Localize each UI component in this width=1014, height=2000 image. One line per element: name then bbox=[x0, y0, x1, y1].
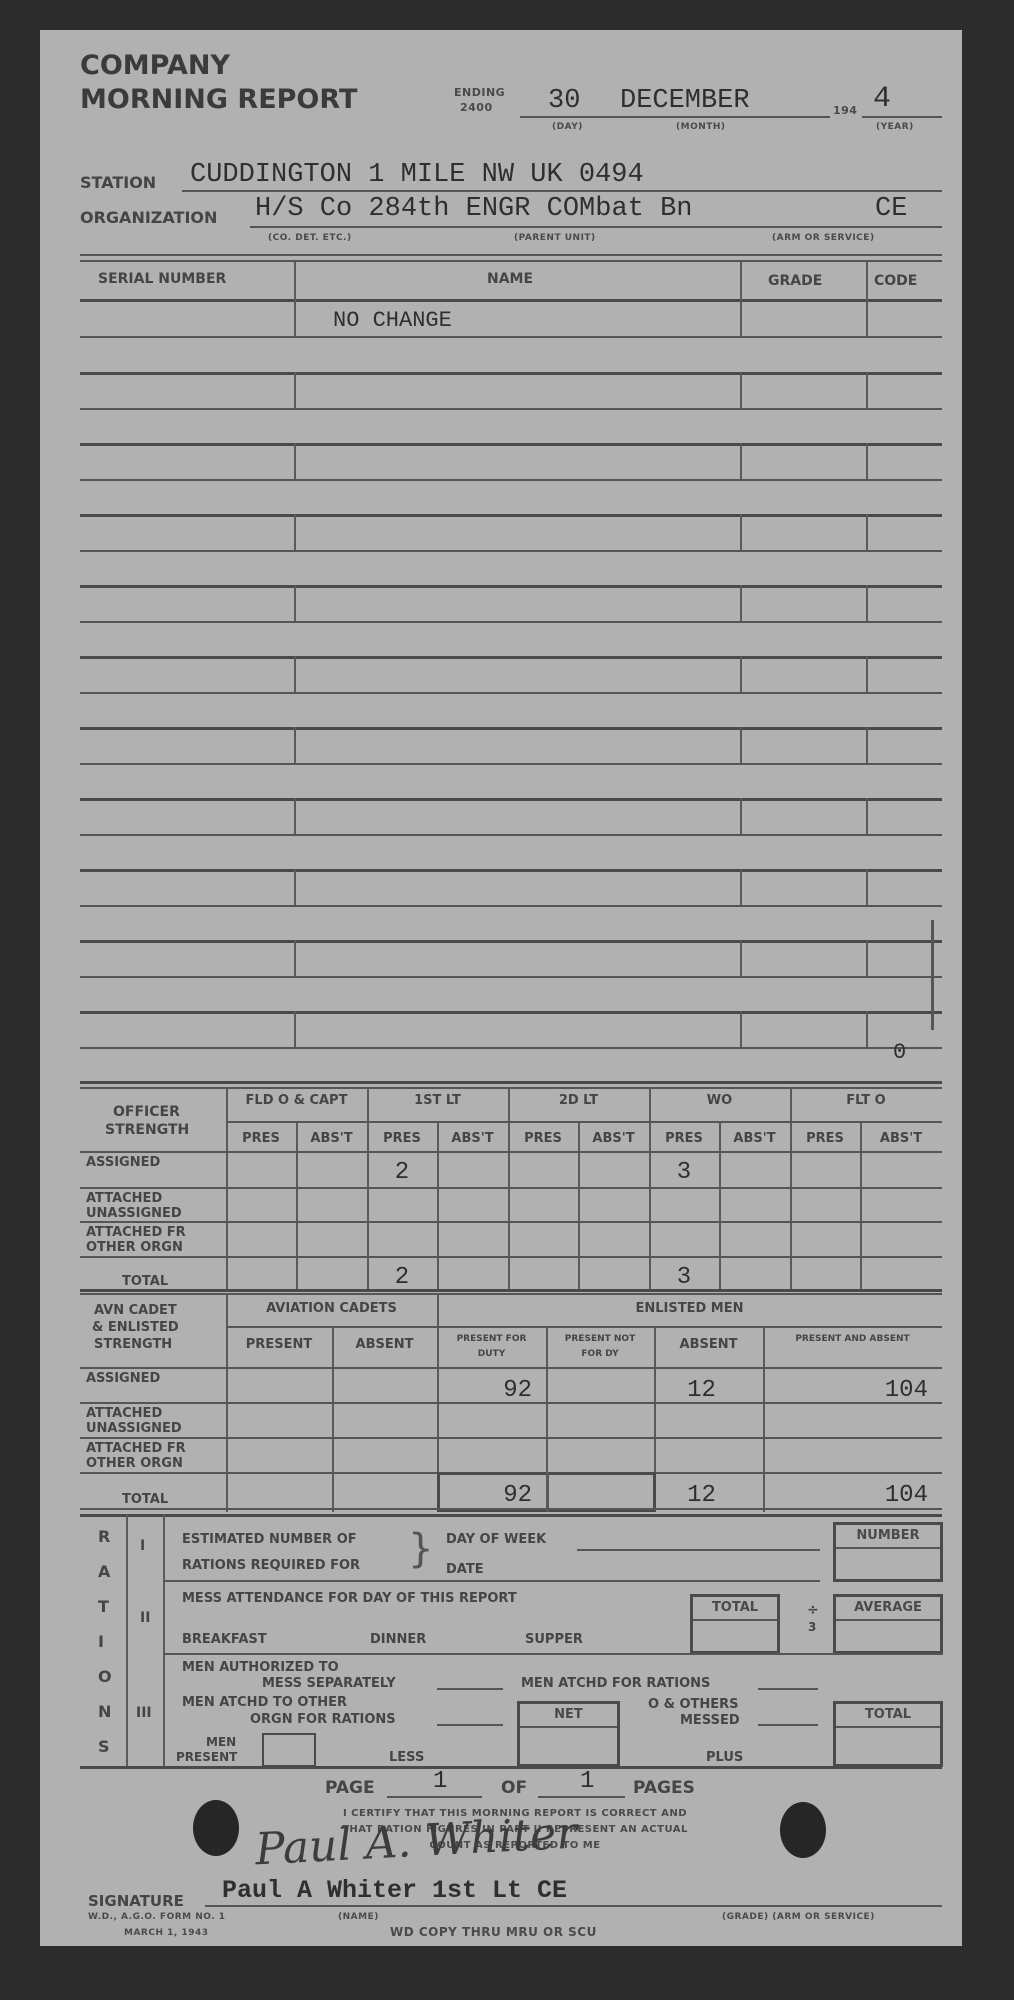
organization-underline bbox=[250, 226, 942, 228]
officer-cell[interactable] bbox=[578, 1195, 649, 1223]
rations-letter: R bbox=[98, 1527, 110, 1546]
roster-row-thin-rule bbox=[80, 550, 942, 552]
officer-cell[interactable] bbox=[860, 1229, 942, 1257]
punch-hole-right bbox=[780, 1802, 826, 1858]
section-ii-bottom bbox=[163, 1653, 943, 1655]
men-atchd-rations-label: MEN ATCHD FOR RATIONS bbox=[521, 1676, 710, 1691]
officer-bottom-rule bbox=[80, 1289, 942, 1292]
number-box-label: NUMBER bbox=[836, 1525, 940, 1549]
roster-col-divider bbox=[294, 262, 296, 300]
roster-row[interactable] bbox=[80, 443, 942, 479]
roster-row-thin-rule bbox=[80, 834, 942, 836]
officer-cell[interactable]: 2 bbox=[367, 1264, 437, 1292]
roster-row[interactable] bbox=[80, 1011, 942, 1047]
men-present-box[interactable] bbox=[262, 1733, 316, 1767]
enlisted-row-label: ATTACHED FR bbox=[86, 1441, 186, 1456]
rations-letter: T bbox=[98, 1597, 109, 1616]
enlisted-col-0: PRESENT FOR DUTY bbox=[447, 1332, 536, 1362]
col-serial-number: SERIAL NUMBER bbox=[98, 271, 226, 287]
number-box[interactable]: NUMBER bbox=[833, 1522, 943, 1582]
copy-note: WD COPY THRU MRU OR SCU bbox=[390, 1925, 597, 1939]
section-i-bottom bbox=[163, 1580, 820, 1582]
officer-row-label: TOTAL bbox=[122, 1274, 168, 1289]
report-day: 30 bbox=[548, 86, 580, 116]
station-label: STATION bbox=[80, 173, 156, 192]
roster-row[interactable] bbox=[80, 372, 942, 408]
officer-row-rule bbox=[80, 1256, 942, 1258]
men-present-label-1: MEN bbox=[206, 1735, 236, 1749]
aviation-cadets-group: AVIATION CADETS bbox=[226, 1301, 437, 1316]
officer-cell[interactable] bbox=[296, 1195, 367, 1223]
enlisted-cell[interactable] bbox=[332, 1447, 423, 1475]
enlisted-col-3: PRESENT AND ABSENT bbox=[773, 1332, 932, 1347]
enlisted-title-3: STRENGTH bbox=[94, 1337, 172, 1352]
officer-cell[interactable] bbox=[860, 1264, 942, 1292]
roster-top-rule bbox=[80, 254, 942, 256]
roster-row-thin-rule bbox=[80, 763, 942, 765]
enlisted-top-rule bbox=[80, 1293, 942, 1295]
officer-group-0: FLD O & CAPT bbox=[226, 1093, 367, 1108]
officer-sub-abst: ABS'T bbox=[719, 1131, 790, 1146]
officer-cell[interactable] bbox=[860, 1195, 942, 1223]
officer-cell[interactable] bbox=[226, 1195, 296, 1223]
enlisted-cell[interactable] bbox=[546, 1377, 640, 1405]
roster-row[interactable] bbox=[80, 940, 942, 976]
name-caption: (NAME) bbox=[338, 1912, 379, 1922]
report-month: DECEMBER bbox=[620, 86, 750, 116]
officer-row-rule bbox=[80, 1151, 942, 1153]
month-caption: (MONTH) bbox=[676, 122, 726, 132]
date-underline bbox=[520, 116, 830, 118]
officer-top-rule-2 bbox=[80, 1087, 942, 1089]
page-total: 1 bbox=[580, 1768, 594, 1795]
pages-label: PAGES bbox=[633, 1778, 695, 1798]
enlisted-row-rule bbox=[80, 1437, 942, 1439]
mess-total-box[interactable]: TOTAL bbox=[690, 1594, 780, 1654]
enlisted-bottom-rule bbox=[80, 1508, 942, 1510]
officer-group-4: FLT O bbox=[790, 1093, 942, 1108]
enlisted-cell[interactable] bbox=[332, 1482, 423, 1510]
enlisted-cell[interactable] bbox=[332, 1412, 423, 1440]
roster-row[interactable] bbox=[80, 798, 942, 834]
men-present-label-2: PRESENT bbox=[176, 1750, 237, 1764]
section-ii-number: II bbox=[140, 1610, 150, 1626]
year-caption: (YEAR) bbox=[876, 122, 914, 132]
page-number-underline bbox=[387, 1796, 482, 1798]
ending-time: 2400 bbox=[460, 101, 493, 114]
officer-cell[interactable]: 2 bbox=[367, 1159, 437, 1187]
o-others-label-2: MESSED bbox=[680, 1713, 740, 1728]
enlisted-cell[interactable] bbox=[763, 1412, 928, 1440]
rations-letter: O bbox=[98, 1667, 112, 1686]
roster-row[interactable] bbox=[80, 514, 942, 550]
men-atchd-other-label-1: MEN ATCHD TO OTHER bbox=[182, 1695, 347, 1710]
officer-cell[interactable] bbox=[790, 1159, 860, 1187]
officer-cell[interactable] bbox=[508, 1159, 578, 1187]
officer-cell[interactable] bbox=[367, 1229, 437, 1257]
officer-cell[interactable] bbox=[790, 1195, 860, 1223]
officer-sub-abst: ABS'T bbox=[578, 1131, 649, 1146]
enlisted-cell[interactable]: 104 bbox=[763, 1482, 928, 1510]
enlisted-col-2: ABSENT bbox=[664, 1337, 753, 1353]
col-name: NAME bbox=[487, 271, 533, 287]
signature-label: SIGNATURE bbox=[88, 1892, 184, 1910]
co-caption: (CO. DET. ETC.) bbox=[268, 233, 352, 243]
day-of-week-label: DAY OF WEEK bbox=[446, 1532, 546, 1547]
officer-cell[interactable] bbox=[790, 1229, 860, 1257]
officer-cell[interactable] bbox=[719, 1229, 790, 1257]
enlisted-cell[interactable] bbox=[332, 1377, 423, 1405]
cadet-col-1: ABSENT bbox=[332, 1337, 437, 1352]
mess-separately-field[interactable] bbox=[437, 1688, 503, 1690]
officer-cell[interactable] bbox=[226, 1264, 296, 1292]
officer-sub-abst: ABS'T bbox=[437, 1131, 508, 1146]
margin-pencil-mark bbox=[931, 920, 934, 1030]
page-number: 1 bbox=[433, 1768, 447, 1795]
o-others-field[interactable] bbox=[758, 1724, 818, 1726]
officer-group-1: 1ST LT bbox=[367, 1093, 508, 1108]
ending-label: ENDING bbox=[454, 86, 505, 99]
roster-row-thin-rule bbox=[80, 479, 942, 481]
enlisted-row-label: ASSIGNED bbox=[86, 1371, 160, 1386]
section-i-number: I bbox=[140, 1538, 145, 1554]
enlisted-group-rule bbox=[226, 1326, 942, 1328]
arm-value: CE bbox=[875, 194, 907, 224]
section-iii-number: III bbox=[136, 1705, 152, 1721]
officer-sub-abst: ABS'T bbox=[296, 1131, 367, 1146]
officer-sub-pres: PRES bbox=[367, 1131, 437, 1146]
officer-cell[interactable] bbox=[296, 1264, 367, 1292]
total-present-divider bbox=[546, 1472, 549, 1512]
roster-row-thin-rule bbox=[80, 336, 942, 338]
officer-cell[interactable]: 3 bbox=[649, 1264, 719, 1292]
page-label: PAGE bbox=[325, 1778, 375, 1798]
enlisted-cell[interactable]: 92 bbox=[437, 1377, 532, 1405]
officer-sub-pres: PRES bbox=[790, 1131, 860, 1146]
officer-cell[interactable] bbox=[296, 1159, 367, 1187]
roster-row[interactable] bbox=[80, 585, 942, 621]
report-year-digit: 4 bbox=[873, 82, 891, 116]
officer-cell[interactable] bbox=[649, 1229, 719, 1257]
officer-row-rule bbox=[80, 1187, 942, 1189]
form-title-line2: MORNING REPORT bbox=[80, 84, 357, 115]
men-atchd-rations-field[interactable] bbox=[758, 1688, 818, 1690]
enlisted-cell[interactable] bbox=[546, 1412, 640, 1440]
roster-row[interactable] bbox=[80, 300, 942, 336]
roster-top-rule-2 bbox=[80, 260, 942, 262]
organization-value: H/S Co 284th ENGR COMbat Bn bbox=[255, 194, 692, 224]
officer-top-rule bbox=[80, 1081, 942, 1084]
enlisted-title-2: & ENLISTED bbox=[92, 1320, 179, 1335]
breakfast-label: BREAKFAST bbox=[182, 1632, 267, 1647]
officer-row-label: ASSIGNED bbox=[86, 1155, 160, 1170]
officer-group-3: WO bbox=[649, 1093, 790, 1108]
men-atchd-other-label-2: ORGN FOR RATIONS bbox=[250, 1712, 396, 1727]
officer-sub-abst: ABS'T bbox=[860, 1131, 942, 1146]
officer-row-label: OTHER ORGN bbox=[86, 1240, 183, 1255]
officer-cell[interactable] bbox=[578, 1159, 649, 1187]
enlisted-cell[interactable] bbox=[546, 1447, 640, 1475]
officer-cell[interactable] bbox=[719, 1195, 790, 1223]
brace-icon: } bbox=[408, 1526, 433, 1572]
roster-col-divider bbox=[866, 262, 868, 300]
enlisted-cell[interactable]: 104 bbox=[763, 1377, 928, 1405]
enlisted-row-rule bbox=[80, 1402, 942, 1404]
officer-cell[interactable] bbox=[226, 1229, 296, 1257]
date-label: DATE bbox=[446, 1562, 484, 1577]
roster-col-divider bbox=[740, 262, 742, 300]
officer-cell[interactable] bbox=[226, 1159, 296, 1187]
officer-cell[interactable] bbox=[578, 1264, 649, 1292]
officer-group-rule bbox=[226, 1121, 942, 1123]
officer-cell[interactable] bbox=[296, 1229, 367, 1257]
year-underline bbox=[862, 116, 942, 118]
arm-caption: (ARM OR SERVICE) bbox=[772, 233, 875, 243]
rations-bottom-rule bbox=[80, 1766, 942, 1769]
enlisted-title-1: AVN CADET bbox=[94, 1303, 177, 1318]
rations-total-label: TOTAL bbox=[836, 1704, 940, 1728]
officer-cell[interactable] bbox=[437, 1195, 508, 1223]
officer-row-label: ATTACHED bbox=[86, 1191, 162, 1206]
officer-cell[interactable]: 3 bbox=[649, 1159, 719, 1187]
parent-unit-caption: (PARENT UNIT) bbox=[514, 233, 596, 243]
enlisted-cell[interactable] bbox=[437, 1412, 532, 1440]
roster-row-thin-rule bbox=[80, 621, 942, 623]
estimated-number-label: ESTIMATED NUMBER OF bbox=[182, 1532, 357, 1547]
enlisted-row-label: TOTAL bbox=[122, 1492, 168, 1507]
year-prefix: 194 bbox=[833, 104, 857, 117]
roster-row-thin-rule bbox=[80, 905, 942, 907]
roster-row[interactable] bbox=[80, 869, 942, 905]
less-label: LESS bbox=[389, 1750, 424, 1765]
officer-strength-title-1: OFFICER bbox=[113, 1104, 180, 1120]
o-others-label-1: O & OTHERS bbox=[648, 1697, 739, 1712]
dinner-label: DINNER bbox=[370, 1632, 426, 1647]
average-box-label: AVERAGE bbox=[836, 1597, 940, 1621]
rations-letter: N bbox=[98, 1702, 111, 1721]
divide-by-value: 3 bbox=[808, 1620, 816, 1634]
officer-cell[interactable] bbox=[437, 1159, 508, 1187]
net-box-label: NET bbox=[520, 1704, 617, 1728]
officer-row-label: UNASSIGNED bbox=[86, 1206, 182, 1221]
grade-caption: (GRADE) (ARM OR SERVICE) bbox=[722, 1912, 875, 1922]
officer-cell[interactable] bbox=[437, 1264, 508, 1292]
officer-cell[interactable] bbox=[367, 1195, 437, 1223]
signature-underline bbox=[205, 1905, 942, 1907]
enlisted-cell[interactable]: 12 bbox=[654, 1377, 749, 1405]
cadet-col-0: PRESENT bbox=[226, 1337, 332, 1352]
day-of-week-field[interactable] bbox=[577, 1549, 820, 1551]
signature-typed: Paul A Whiter 1st Lt CE bbox=[222, 1876, 567, 1905]
enlisted-cell[interactable] bbox=[226, 1377, 318, 1405]
enlisted-row-label: ATTACHED bbox=[86, 1406, 162, 1421]
officer-strength-title-2: STRENGTH bbox=[105, 1122, 189, 1138]
roster-row-thin-rule bbox=[80, 1047, 942, 1049]
mess-total-label: TOTAL bbox=[693, 1597, 777, 1621]
station-value: CUDDINGTON 1 MILE NW UK 0494 bbox=[190, 160, 644, 190]
enlisted-row-label: OTHER ORGN bbox=[86, 1456, 183, 1471]
enlisted-men-group: ENLISTED MEN bbox=[437, 1301, 942, 1316]
rations-divider-2 bbox=[163, 1514, 165, 1766]
officer-row-rule bbox=[80, 1221, 942, 1223]
form-number: W.D., A.G.O. FORM NO. 1 bbox=[88, 1912, 226, 1922]
officer-cell[interactable] bbox=[508, 1229, 578, 1257]
rations-top-rule bbox=[80, 1514, 942, 1517]
officer-sub-pres: PRES bbox=[226, 1131, 296, 1146]
rations-letter: A bbox=[98, 1562, 110, 1581]
enlisted-cell[interactable] bbox=[763, 1447, 928, 1475]
page-total-underline bbox=[538, 1796, 625, 1798]
officer-cell[interactable] bbox=[508, 1195, 578, 1223]
officer-group-2: 2D LT bbox=[508, 1093, 649, 1108]
margin-mark: 0 bbox=[893, 1040, 906, 1065]
enlisted-cell[interactable] bbox=[654, 1447, 749, 1475]
officer-cell[interactable] bbox=[719, 1159, 790, 1187]
of-label: OF bbox=[501, 1778, 527, 1798]
roster-row-thin-rule bbox=[80, 408, 942, 410]
enlisted-cell[interactable] bbox=[437, 1447, 532, 1475]
officer-cell[interactable] bbox=[649, 1195, 719, 1223]
supper-label: SUPPER bbox=[525, 1632, 583, 1647]
roster-row[interactable] bbox=[80, 656, 942, 692]
enlisted-row-rule bbox=[80, 1367, 942, 1369]
orgn-for-rations-field[interactable] bbox=[437, 1724, 503, 1726]
divide-icon: ÷ bbox=[807, 1602, 819, 1618]
roster-row[interactable] bbox=[80, 727, 942, 763]
officer-sub-pres: PRES bbox=[508, 1131, 578, 1146]
rations-required-label: RATIONS REQUIRED FOR bbox=[182, 1558, 360, 1573]
men-authorized-label-2: MESS SEPARATELY bbox=[262, 1676, 396, 1691]
punch-hole-left bbox=[193, 1800, 239, 1856]
average-box[interactable]: AVERAGE bbox=[833, 1594, 943, 1654]
col-grade: GRADE bbox=[768, 273, 822, 289]
roster-row-thin-rule bbox=[80, 692, 942, 694]
enlisted-col-1: PRESENT NOT FOR DY bbox=[556, 1332, 644, 1362]
officer-cell[interactable] bbox=[719, 1264, 790, 1292]
rations-letter: S bbox=[98, 1737, 110, 1756]
station-underline bbox=[182, 190, 942, 192]
officer-cell[interactable] bbox=[860, 1159, 942, 1187]
col-code: CODE bbox=[874, 273, 917, 289]
mess-attendance-label: MESS ATTENDANCE FOR DAY OF THIS REPORT bbox=[182, 1591, 517, 1606]
rations-divider-1 bbox=[126, 1514, 128, 1766]
rations-total-box[interactable]: TOTAL bbox=[833, 1701, 943, 1767]
enlisted-cell[interactable] bbox=[226, 1447, 318, 1475]
enlisted-cell[interactable]: 12 bbox=[654, 1482, 749, 1510]
officer-cell[interactable] bbox=[578, 1229, 649, 1257]
enlisted-row-label: UNASSIGNED bbox=[86, 1421, 182, 1436]
officer-sub-pres: PRES bbox=[649, 1131, 719, 1146]
officer-cell[interactable] bbox=[508, 1264, 578, 1292]
officer-row-label: ATTACHED FR bbox=[86, 1225, 186, 1240]
plus-label: PLUS bbox=[706, 1750, 743, 1765]
officer-cell[interactable] bbox=[790, 1264, 860, 1292]
enlisted-cell[interactable] bbox=[654, 1412, 749, 1440]
organization-label: ORGANIZATION bbox=[80, 208, 217, 227]
form-date: MARCH 1, 1943 bbox=[124, 1928, 209, 1938]
officer-cell[interactable] bbox=[437, 1229, 508, 1257]
form-title-line1: COMPANY bbox=[80, 50, 230, 81]
enlisted-cell[interactable] bbox=[226, 1482, 318, 1510]
roster-row-thin-rule bbox=[80, 976, 942, 978]
rations-letter: I bbox=[98, 1632, 104, 1651]
enlisted-cell[interactable] bbox=[226, 1412, 318, 1440]
men-authorized-label-1: MEN AUTHORIZED TO bbox=[182, 1660, 339, 1675]
net-box[interactable]: NET bbox=[517, 1701, 620, 1767]
day-caption: (DAY) bbox=[552, 122, 583, 132]
